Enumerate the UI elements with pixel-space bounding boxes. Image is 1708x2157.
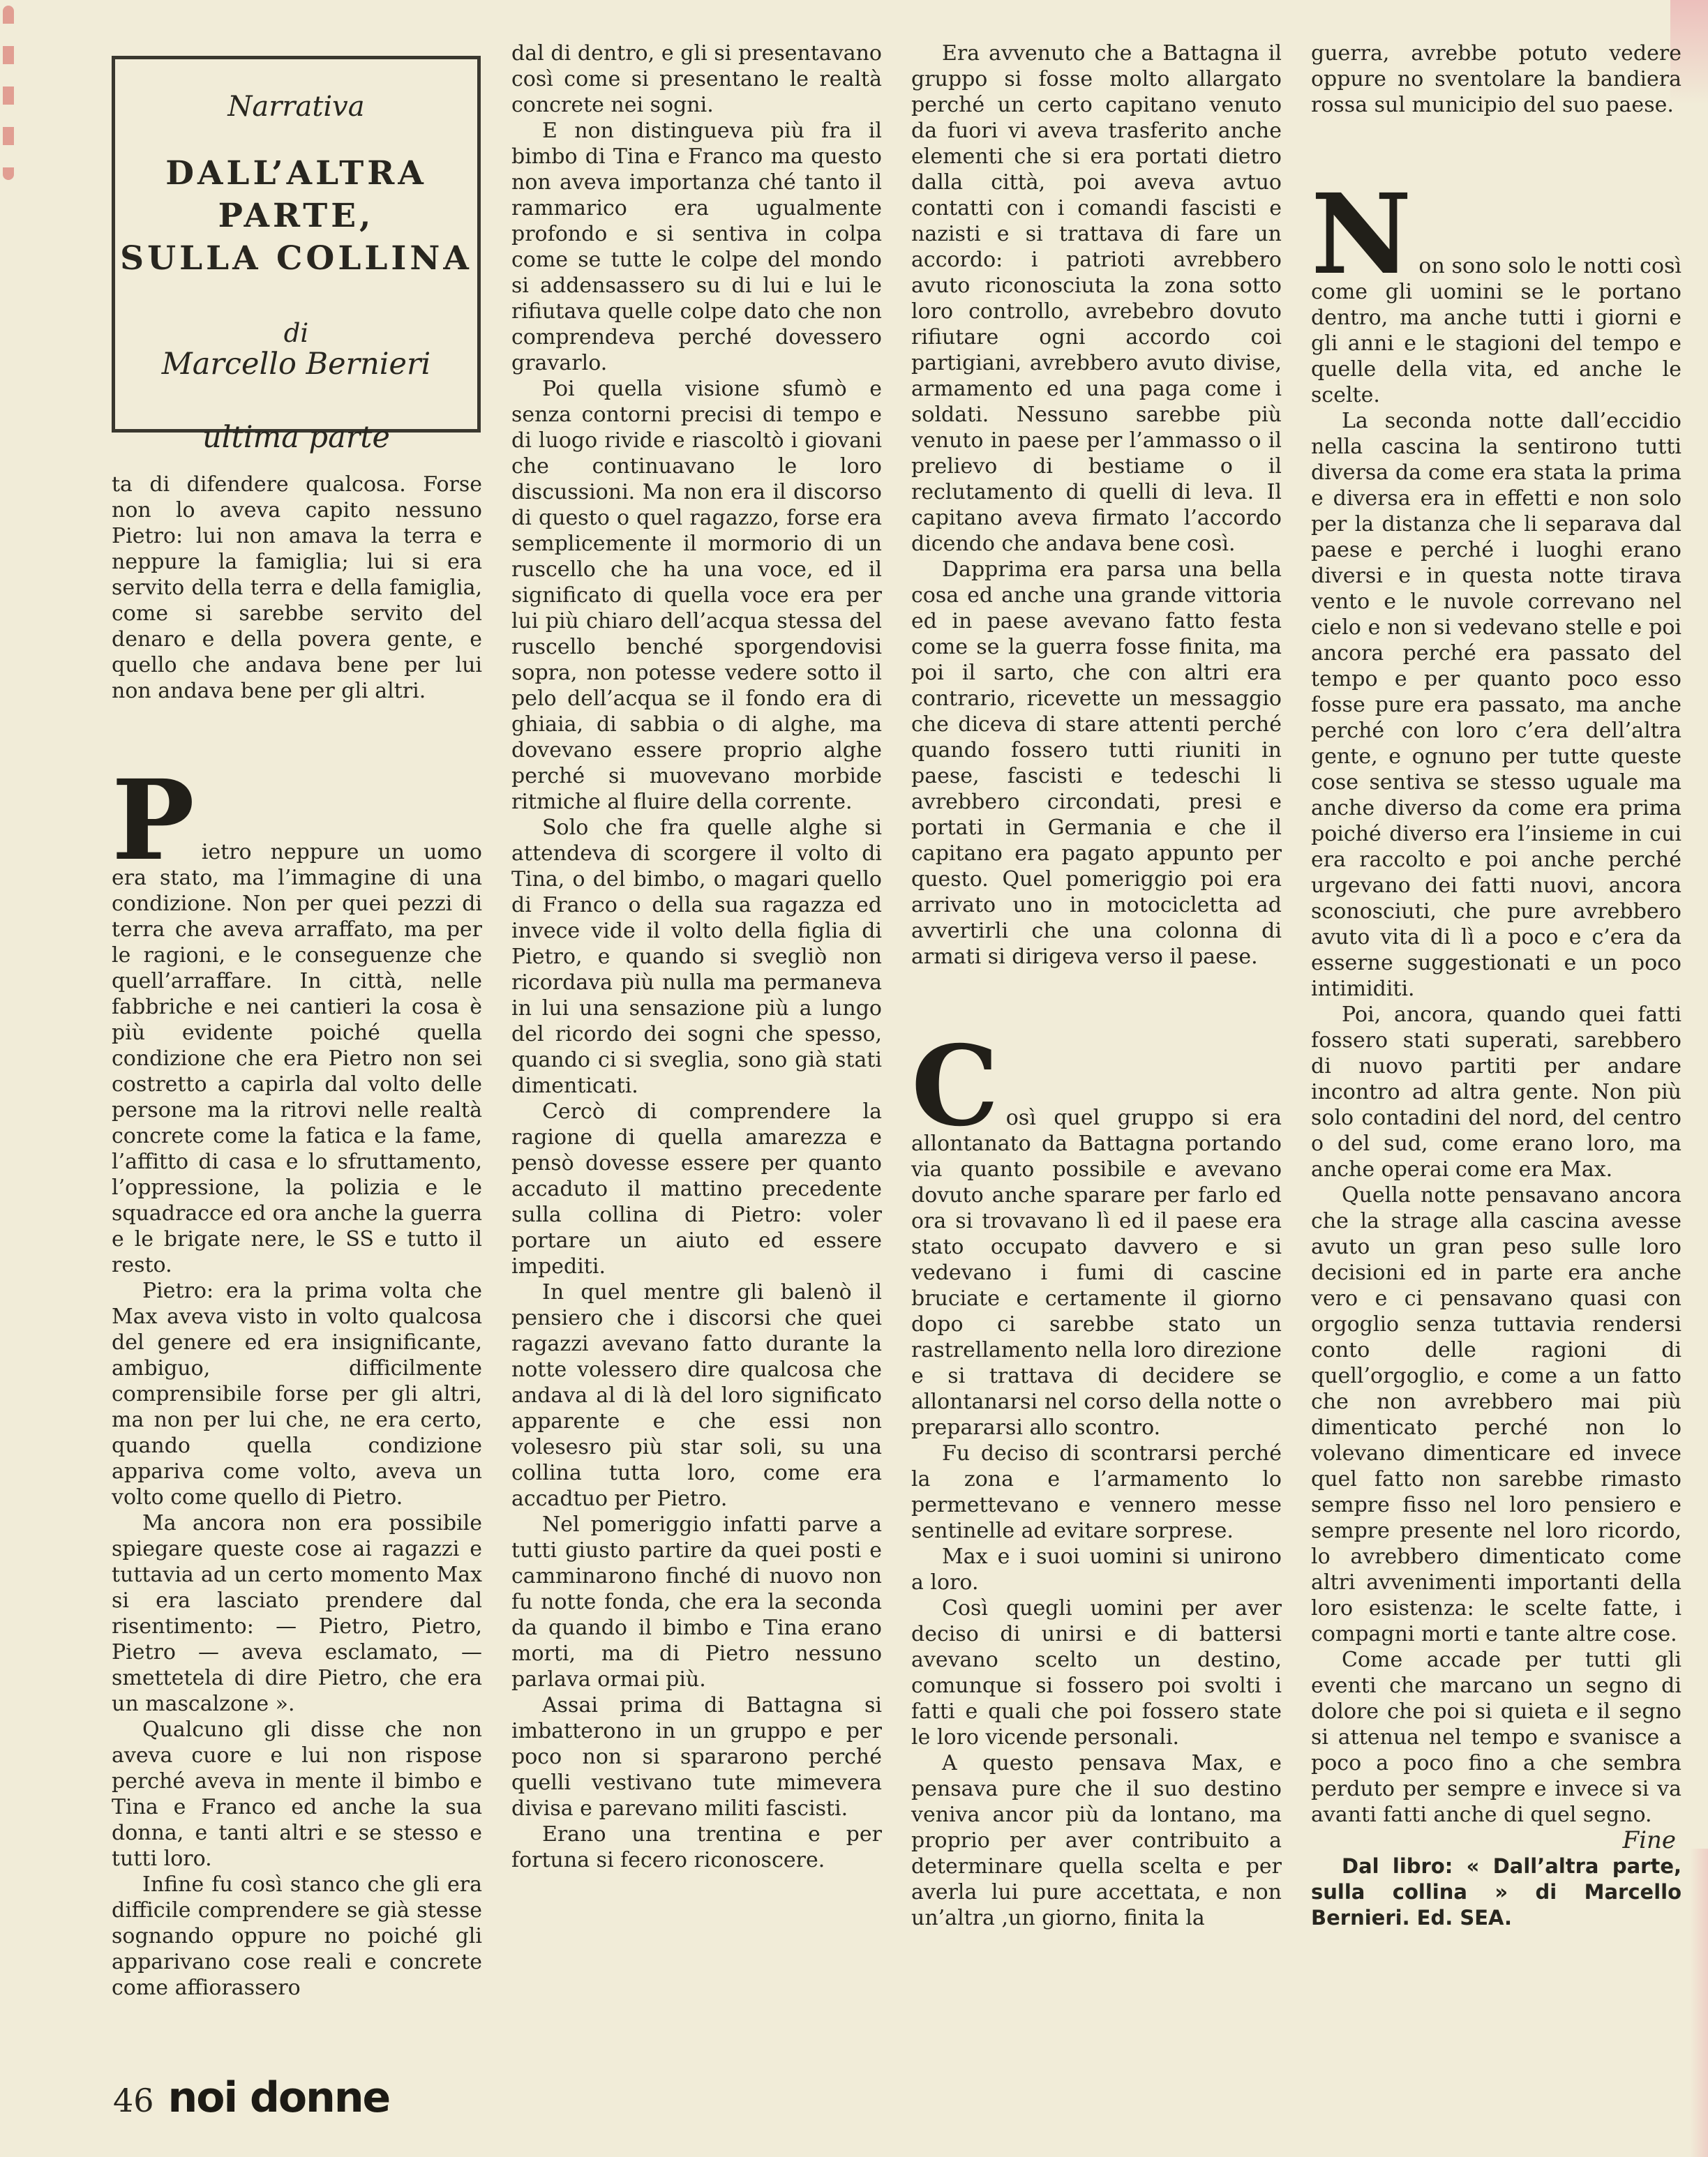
magazine-logo: noi donne (168, 2073, 390, 2122)
paragraph: Cercò di comprendere la ragione di quell… (511, 1099, 882, 1279)
paragraph: Max e i suoi uomini si unirono a loro. (911, 1544, 1282, 1595)
article-body: Narrativa DALL’ALTRA PARTE, SULLA COLLIN… (112, 40, 1683, 2001)
column-3: Era avvenuto che a Battagna il gruppo si… (911, 40, 1282, 2001)
paragraph: Era avvenuto che a Battagna il gruppo si… (911, 40, 1282, 557)
paragraph: Pietro: era la prima volta che Max aveva… (112, 1278, 482, 1510)
column-1: Narrativa DALL’ALTRA PARTE, SULLA COLLIN… (112, 40, 482, 2001)
paragraph: Solo che fra quelle alghe si attendeva d… (511, 815, 882, 1099)
page-number: 46 (113, 2082, 154, 2119)
paragraph: Poi quella visione sfumò e senza contorn… (511, 376, 882, 815)
article-title-line-1: DALL’ALTRA PARTE, (115, 152, 477, 237)
paragraph: Nel pomeriggio infatti parve a tutti giu… (511, 1512, 882, 1692)
paragraph: Erano una trentina e per fortuna si fece… (511, 1821, 882, 1873)
paragraph: ta di difendere qualcosa. Forse non lo a… (112, 472, 482, 704)
paragraph: Poi, ancora, quando quei fatti fossero s… (1311, 1002, 1681, 1182)
article-title-line-2: SULLA COLLINA (115, 237, 477, 280)
paragraph: Infine fu così stanco che gli era diffic… (112, 1872, 482, 2001)
paragraph: Dapprima era parsa una bella cosa ed anc… (911, 557, 1282, 970)
paragraph: In quel mentre gli balenò il pensiero ch… (511, 1279, 882, 1512)
dropcap-paragraph: Così quel gruppo si era allontanato da B… (911, 1087, 1282, 1441)
section-kicker: Narrativa (115, 94, 477, 120)
dropcap-paragraph: Non sono solo le notti così come gli uom… (1311, 235, 1681, 408)
paragraph: guerra, avrebbe potuto vedere oppure no … (1311, 40, 1681, 118)
paragraph: Come accade per tutti gli eventi che mar… (1311, 1647, 1681, 1828)
column-4: guerra, avrebbe potuto vedere oppure no … (1311, 40, 1681, 2001)
paragraph: Ma ancora non era possibile spiegare que… (112, 1510, 482, 1717)
fine-label: Fine (1311, 1828, 1681, 1854)
paragraph: La seconda notte dall’eccidio nella casc… (1311, 408, 1681, 1002)
dropcap-paragraph: Pietro neppure un uomo era stato, ma l’i… (112, 821, 482, 1278)
byline-prefix: di (115, 320, 477, 346)
magazine-page: Narrativa DALL’ALTRA PARTE, SULLA COLLIN… (0, 0, 1708, 2157)
scan-artifact-bottom-right (1690, 1849, 1708, 2157)
paragraph: Fu deciso di scontrarsi perché la zona e… (911, 1441, 1282, 1544)
paragraph: E non distingueva più fra il bimbo di Ti… (511, 118, 882, 376)
paragraph: Così quegli uomini per aver deciso di un… (911, 1595, 1282, 1750)
scan-artifact-left-edge (3, 6, 14, 180)
article-header-box: Narrativa DALL’ALTRA PARTE, SULLA COLLIN… (112, 56, 481, 433)
paragraph: Qualcuno gli disse che non aveva cuore e… (112, 1717, 482, 1872)
part-label: ultima parte (115, 425, 477, 451)
page-footer: 46 noi donne (113, 2073, 389, 2122)
source-note: Dal libro: « Dall’altra parte, sulla col… (1311, 1854, 1681, 1931)
paragraph: Quella notte pensavano ancora che la str… (1311, 1182, 1681, 1647)
dropcap-text: ietro neppure un uomo era stato, ma l’im… (112, 840, 482, 1277)
paragraph: dal di dentro, e gli si presentavano cos… (511, 40, 882, 118)
column-2: dal di dentro, e gli si presentavano cos… (511, 40, 882, 2001)
author-name: Marcello Bernieri (115, 352, 477, 377)
dropcap-text: osì quel gruppo si era allontanato da Ba… (911, 1106, 1282, 1440)
paragraph: Assai prima di Battagna si imbatterono i… (511, 1692, 882, 1821)
paragraph: A questo pensava Max, e pensava pure che… (911, 1750, 1282, 1931)
